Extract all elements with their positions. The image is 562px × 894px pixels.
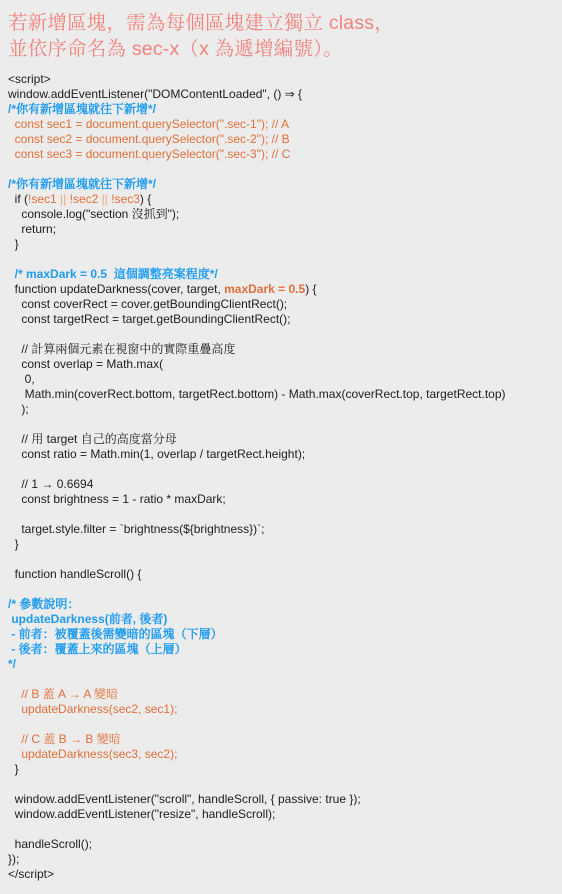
code-segment: // 1 → 0.6694 xyxy=(8,477,93,491)
code-segment: window.addEventListener("DOMContentLoade… xyxy=(8,87,302,101)
code-segment: window.addEventListener("resize", handle… xyxy=(8,807,275,821)
code-line xyxy=(8,462,554,477)
code-line: const coverRect = cover.getBoundingClien… xyxy=(8,297,554,312)
code-line: <script> xyxy=(8,72,554,87)
code-line: const sec3 = document.querySelector(".se… xyxy=(8,147,554,162)
code-line: // 計算兩個元素在視窗中的實際重疊高度 xyxy=(8,342,554,357)
code-segment: function handleScroll() { xyxy=(8,567,141,581)
code-line: } xyxy=(8,537,554,552)
code-line: function updateDarkness(cover, target, m… xyxy=(8,282,554,297)
code-line: updateDarkness(前者, 後者) xyxy=(8,612,554,627)
code-segment: 0, xyxy=(8,372,35,386)
code-line xyxy=(8,327,554,342)
code-segment: const brightness = 1 - ratio * maxDark; xyxy=(8,492,226,506)
code-segment: <script> xyxy=(8,72,51,86)
code-line: // 1 → 0.6694 xyxy=(8,477,554,492)
code-line: // 用 target 自己的高度當分母 xyxy=(8,432,554,447)
code-line xyxy=(8,417,554,432)
code-segment: maxDark = 0.5 xyxy=(224,282,305,296)
code-segment: const overlap = Math.max( xyxy=(8,357,163,371)
code-line: </script> xyxy=(8,867,554,882)
code-line: /* 參數說明： xyxy=(8,597,554,612)
code-segment: } xyxy=(8,237,19,251)
code-segment: window.addEventListener("scroll", handle… xyxy=(8,792,361,806)
code-line: const brightness = 1 - ratio * maxDark; xyxy=(8,492,554,507)
code-line: // C 蓋 B → B 變暗 xyxy=(8,732,554,747)
code-line: const sec2 = document.querySelector(".se… xyxy=(8,132,554,147)
code-line: function handleScroll() { xyxy=(8,567,554,582)
note-heading-line-1: 若新增區塊，需為每個區塊建立獨立 class， xyxy=(8,10,554,36)
code-segment: /* maxDark = 0.5 這個調整亮案程度*/ xyxy=(8,267,218,281)
code-segment: // 用 target 自己的高度當分母 xyxy=(8,432,177,446)
code-segment: updateDarkness(sec3, sec2); xyxy=(8,747,177,761)
code-segment: updateDarkness(sec2, sec1); xyxy=(8,702,177,716)
code-line xyxy=(8,582,554,597)
code-segment: </script> xyxy=(8,867,54,881)
code-segment: || xyxy=(57,192,70,206)
code-segment: || xyxy=(98,192,111,206)
code-line: window.addEventListener("resize", handle… xyxy=(8,807,554,822)
code-segment: - 後者：覆蓋上來的區塊（上層） xyxy=(8,642,187,656)
code-segment: const sec2 = document.querySelector(".se… xyxy=(8,132,290,146)
code-line: 0, xyxy=(8,372,554,387)
code-segment: console.log("section 沒抓到"); xyxy=(8,207,179,221)
code-segment: ); xyxy=(8,402,29,416)
code-segment: const sec1 = document.querySelector(".se… xyxy=(8,117,289,131)
code-line xyxy=(8,777,554,792)
code-line: const sec1 = document.querySelector(".se… xyxy=(8,117,554,132)
code-segment: /*你有新增區塊就往下新增*/ xyxy=(8,177,156,191)
code-segment: function updateDarkness(cover, target, xyxy=(8,282,224,296)
code-segment: ) { xyxy=(140,192,151,206)
code-line: /*你有新增區塊就往下新增*/ xyxy=(8,177,554,192)
code-line xyxy=(8,822,554,837)
note-heading-line-2: 並依序命名為 sec-x（x 為遞增編號）。 xyxy=(8,36,554,62)
code-line: if (!sec1 || !sec2 || !sec3) { xyxy=(8,192,554,207)
code-segment: !sec3 xyxy=(111,192,140,206)
code-segment: } xyxy=(8,762,19,776)
code-line: // B 蓋 A → A 變暗 xyxy=(8,687,554,702)
code-segment: // C 蓋 B → B 變暗 xyxy=(8,732,121,746)
code-segment: Math.min(coverRect.bottom, targetRect.bo… xyxy=(8,387,506,401)
code-line: const ratio = Math.min(1, overlap / targ… xyxy=(8,447,554,462)
code-line: /*你有新增區塊就往下新增*/ xyxy=(8,102,554,117)
code-line: return; xyxy=(8,222,554,237)
code-segment: // B 蓋 A → A 變暗 xyxy=(8,687,118,701)
code-segment: !sec1 xyxy=(28,192,57,206)
code-segment: } xyxy=(8,537,19,551)
code-line: window.addEventListener("DOMContentLoade… xyxy=(8,87,554,102)
code-segment: handleScroll(); xyxy=(8,837,92,851)
code-line: console.log("section 沒抓到"); xyxy=(8,207,554,222)
code-line: ); xyxy=(8,402,554,417)
code-segment: const ratio = Math.min(1, overlap / targ… xyxy=(8,447,305,461)
code-line xyxy=(8,717,554,732)
code-line xyxy=(8,672,554,687)
code-segment: !sec2 xyxy=(70,192,99,206)
code-block: <script>window.addEventListener("DOMCont… xyxy=(8,72,554,882)
code-segment: return; xyxy=(8,222,56,236)
code-line: Math.min(coverRect.bottom, targetRect.bo… xyxy=(8,387,554,402)
note-heading: 若新增區塊，需為每個區塊建立獨立 class， 並依序命名為 sec-x（x 為… xyxy=(8,10,554,62)
code-line xyxy=(8,162,554,177)
code-line xyxy=(8,552,554,567)
code-line: } xyxy=(8,762,554,777)
code-line: /* maxDark = 0.5 這個調整亮案程度*/ xyxy=(8,267,554,282)
code-segment: if ( xyxy=(8,192,28,206)
code-line: } xyxy=(8,237,554,252)
code-line: - 前者：被覆蓋後需變暗的區塊（下層） xyxy=(8,627,554,642)
code-line: updateDarkness(sec3, sec2); xyxy=(8,747,554,762)
code-segment: */ xyxy=(8,657,16,671)
code-segment: updateDarkness(前者, 後者) xyxy=(8,612,167,626)
code-segment: ) { xyxy=(305,282,316,296)
code-line: const overlap = Math.max( xyxy=(8,357,554,372)
code-line: window.addEventListener("scroll", handle… xyxy=(8,792,554,807)
code-line xyxy=(8,507,554,522)
code-line: }); xyxy=(8,852,554,867)
code-segment: const targetRect = target.getBoundingCli… xyxy=(8,312,291,326)
code-segment: const sec3 = document.querySelector(".se… xyxy=(8,147,290,161)
code-line: const targetRect = target.getBoundingCli… xyxy=(8,312,554,327)
code-segment: target.style.filter = `brightness(${brig… xyxy=(8,522,264,536)
code-line: - 後者：覆蓋上來的區塊（上層） xyxy=(8,642,554,657)
code-line: */ xyxy=(8,657,554,672)
code-segment: /* 參數說明： xyxy=(8,597,79,611)
code-line xyxy=(8,252,554,267)
note-page: 若新增區塊，需為每個區塊建立獨立 class， 並依序命名為 sec-x（x 為… xyxy=(0,0,562,894)
code-segment: const coverRect = cover.getBoundingClien… xyxy=(8,297,287,311)
code-segment: - 前者：被覆蓋後需變暗的區塊（下層） xyxy=(8,627,223,641)
code-segment: }); xyxy=(8,852,19,866)
code-segment: /*你有新增區塊就往下新增*/ xyxy=(8,102,156,116)
code-line: target.style.filter = `brightness(${brig… xyxy=(8,522,554,537)
code-line: updateDarkness(sec2, sec1); xyxy=(8,702,554,717)
code-segment: // 計算兩個元素在視窗中的實際重疊高度 xyxy=(8,342,235,356)
code-line: handleScroll(); xyxy=(8,837,554,852)
